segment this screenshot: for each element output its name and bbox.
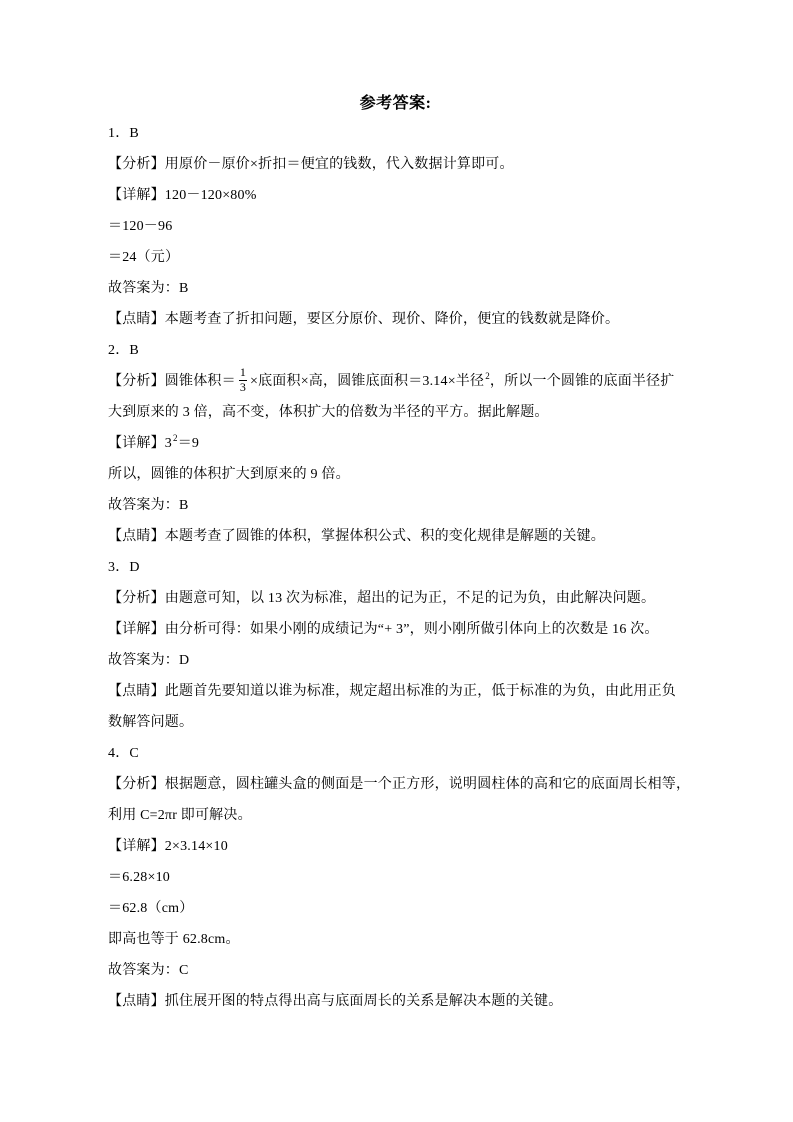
document-line: 大到原来的 3 倍，高不变，体积扩大的倍数为半径的平方。据此解题。	[108, 397, 683, 428]
document-line: 【点睛】此题首先要知道以谁为标准，规定超出标准的为正，低于标准的为负，由此用正负	[108, 676, 683, 707]
fraction: 13	[239, 366, 247, 395]
document-line: 所以，圆锥的体积扩大到原来的 9 倍。	[108, 459, 683, 490]
document-page: 参考答案: 1．B【分析】用原价－原价×折扣＝便宜的钱数，代入数据计算即可。【详…	[0, 0, 793, 1122]
fraction-numerator: 1	[239, 366, 247, 380]
document-line: 3．D	[108, 552, 683, 583]
document-line: 【详解】2×3.14×10	[108, 831, 683, 862]
document-line: 【分析】由题意可知，以 13 次为标准，超出的记为正，不足的记为负，由此解决问题…	[108, 583, 683, 614]
document-line: ＝24（元）	[108, 242, 683, 273]
document-line: 故答案为：B	[108, 273, 683, 304]
document-line: 利用 C=2πr 即可解决。	[108, 800, 683, 831]
document-line: 【点睛】本题考查了圆锥的体积，掌握体积公式、积的变化规律是解题的关键。	[108, 521, 683, 552]
document-line: 2．B	[108, 335, 683, 366]
document-line: 【详解】由分析可得：如果小刚的成绩记为“+ 3”，则小刚所做引体向上的次数是 1…	[108, 614, 683, 645]
document-line: 即高也等于 62.8cm。	[108, 924, 683, 955]
document-line: 故答案为：C	[108, 955, 683, 986]
document-line: 1．B	[108, 118, 683, 149]
document-line: 4．C	[108, 738, 683, 769]
document-line: 【详解】32＝9	[108, 428, 683, 459]
document-line: 数解答问题。	[108, 707, 683, 738]
document-body: 1．B【分析】用原价－原价×折扣＝便宜的钱数，代入数据计算即可。【详解】120－…	[108, 118, 683, 1017]
superscript-exponent: 2	[173, 433, 178, 443]
document-line: 故答案为：B	[108, 490, 683, 521]
document-line: 【分析】用原价－原价×折扣＝便宜的钱数，代入数据计算即可。	[108, 149, 683, 180]
document-line: ＝62.8（cm）	[108, 893, 683, 924]
document-line: 【分析】圆锥体积＝13×底面积×高，圆锥底面积＝3.14×半径2，所以一个圆锥的…	[108, 366, 683, 397]
document-line: 【点睛】本题考查了折扣问题，要区分原价、现价、降价，便宜的钱数就是降价。	[108, 304, 683, 335]
document-line: 【详解】120－120×80%	[108, 180, 683, 211]
document-line: 故答案为：D	[108, 645, 683, 676]
fraction-denominator: 3	[239, 380, 247, 395]
document-title: 参考答案:	[108, 90, 683, 118]
document-line: ＝120－96	[108, 211, 683, 242]
document-line: 【分析】根据题意，圆柱罐头盒的侧面是一个正方形，说明圆柱体的高和它的底面周长相等…	[108, 769, 683, 800]
document-line: 【点睛】抓住展开图的特点得出高与底面周长的关系是解决本题的关键。	[108, 986, 683, 1017]
superscript-exponent: 2	[485, 371, 490, 381]
document-line: ＝6.28×10	[108, 862, 683, 893]
